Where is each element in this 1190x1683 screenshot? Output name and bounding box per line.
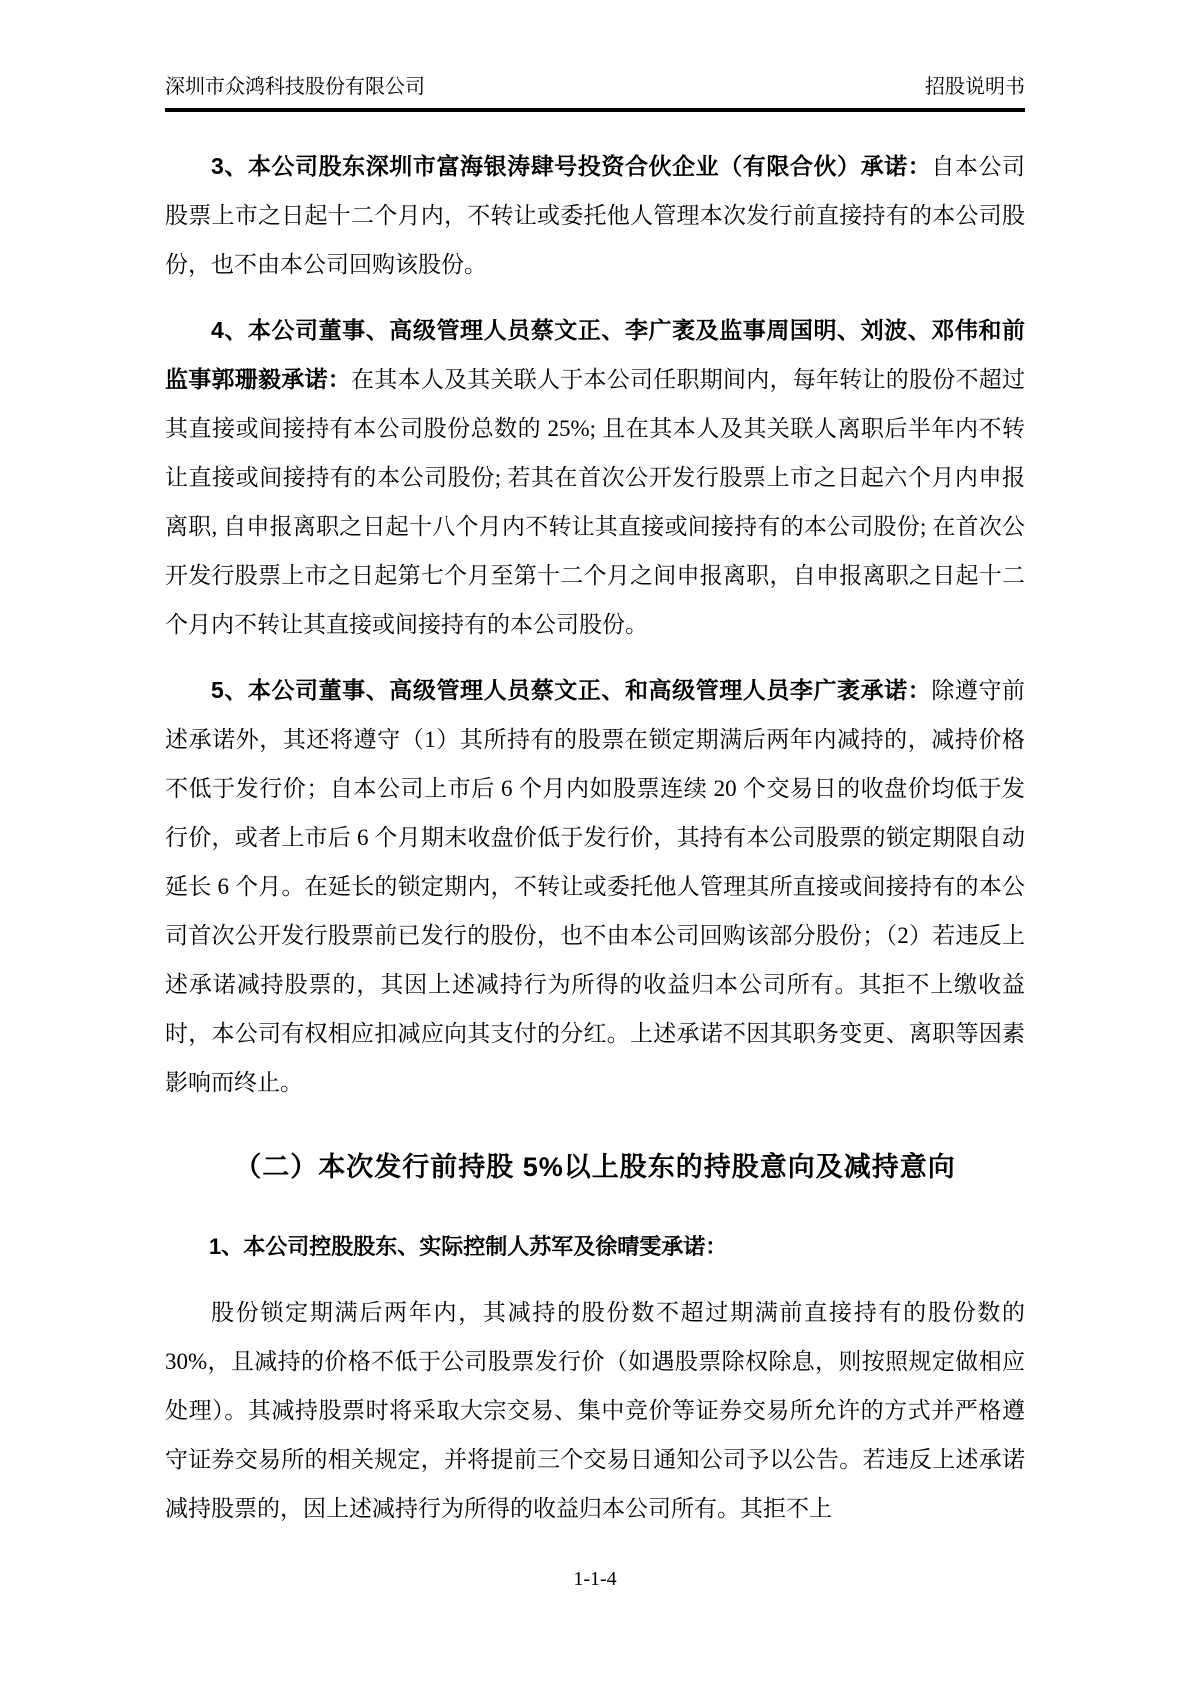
- para-holding-intention: 股份锁定期满后两年内，其减持的股份数不超过期满前直接持有的股份数的 30%，且减…: [165, 1288, 1025, 1533]
- subheading-commitment-1: 1、本公司控股股东、实际控制人苏军及徐晴雯承诺：: [165, 1222, 1025, 1271]
- page-footer: 1-1-4: [0, 1568, 1190, 1591]
- text-segment: 1、本公司控股股东、实际控制人苏军及徐晴雯承诺：: [209, 1234, 727, 1259]
- text-segment: 股份锁定期满后两年内，其减持的股份数不超过期满前直接持有的股份数的 30%，且减…: [165, 1300, 1025, 1521]
- text-segment: 除遵守前述承诺外，其还将遵守（1）其所持有的股票在锁定期满后两年内减持的，减持价…: [165, 678, 1025, 1095]
- text-segment: 在其本人及其关联人于本公司任职期间内，每年转让的股份不超过其直接或间接持有本公司…: [165, 367, 1025, 637]
- para-commitment-4: 4、本公司董事、高级管理人员蔡文正、李广袤及监事周国明、刘波、邓伟和前监事郭珊毅…: [165, 306, 1025, 649]
- header-doc-label: 招股说明书: [925, 74, 1025, 100]
- para-commitment-3: 3、本公司股东深圳市富海银涛肆号投资合伙企业（有限合伙）承诺：自本公司股票上市之…: [165, 142, 1025, 289]
- text-segment: （二）本次发行前持股 5%以上股东的持股意向及减持意向: [234, 1152, 956, 1182]
- document-body: 3、本公司股东深圳市富海银涛肆号投资合伙企业（有限合伙）承诺：自本公司股票上市之…: [165, 112, 1025, 1533]
- document-page: 深圳市众鸿科技股份有限公司 招股说明书 3、本公司股东深圳市富海银涛肆号投资合伙…: [0, 0, 1190, 1683]
- text-segment: 5、本公司董事、高级管理人员蔡文正、和高级管理人员李广袤承诺：: [211, 677, 931, 703]
- page-number: 1-1-4: [573, 1568, 616, 1590]
- para-commitment-5: 5、本公司董事、高级管理人员蔡文正、和高级管理人员李广袤承诺：除遵守前述承诺外，…: [165, 666, 1025, 1107]
- heading-section-2: （二）本次发行前持股 5%以上股东的持股意向及减持意向: [165, 1143, 1025, 1192]
- text-segment: 3、本公司股东深圳市富海银涛肆号投资合伙企业（有限合伙）承诺：: [211, 153, 931, 179]
- header-company-name: 深圳市众鸿科技股份有限公司: [165, 74, 425, 100]
- page-header: 深圳市众鸿科技股份有限公司 招股说明书: [165, 74, 1025, 108]
